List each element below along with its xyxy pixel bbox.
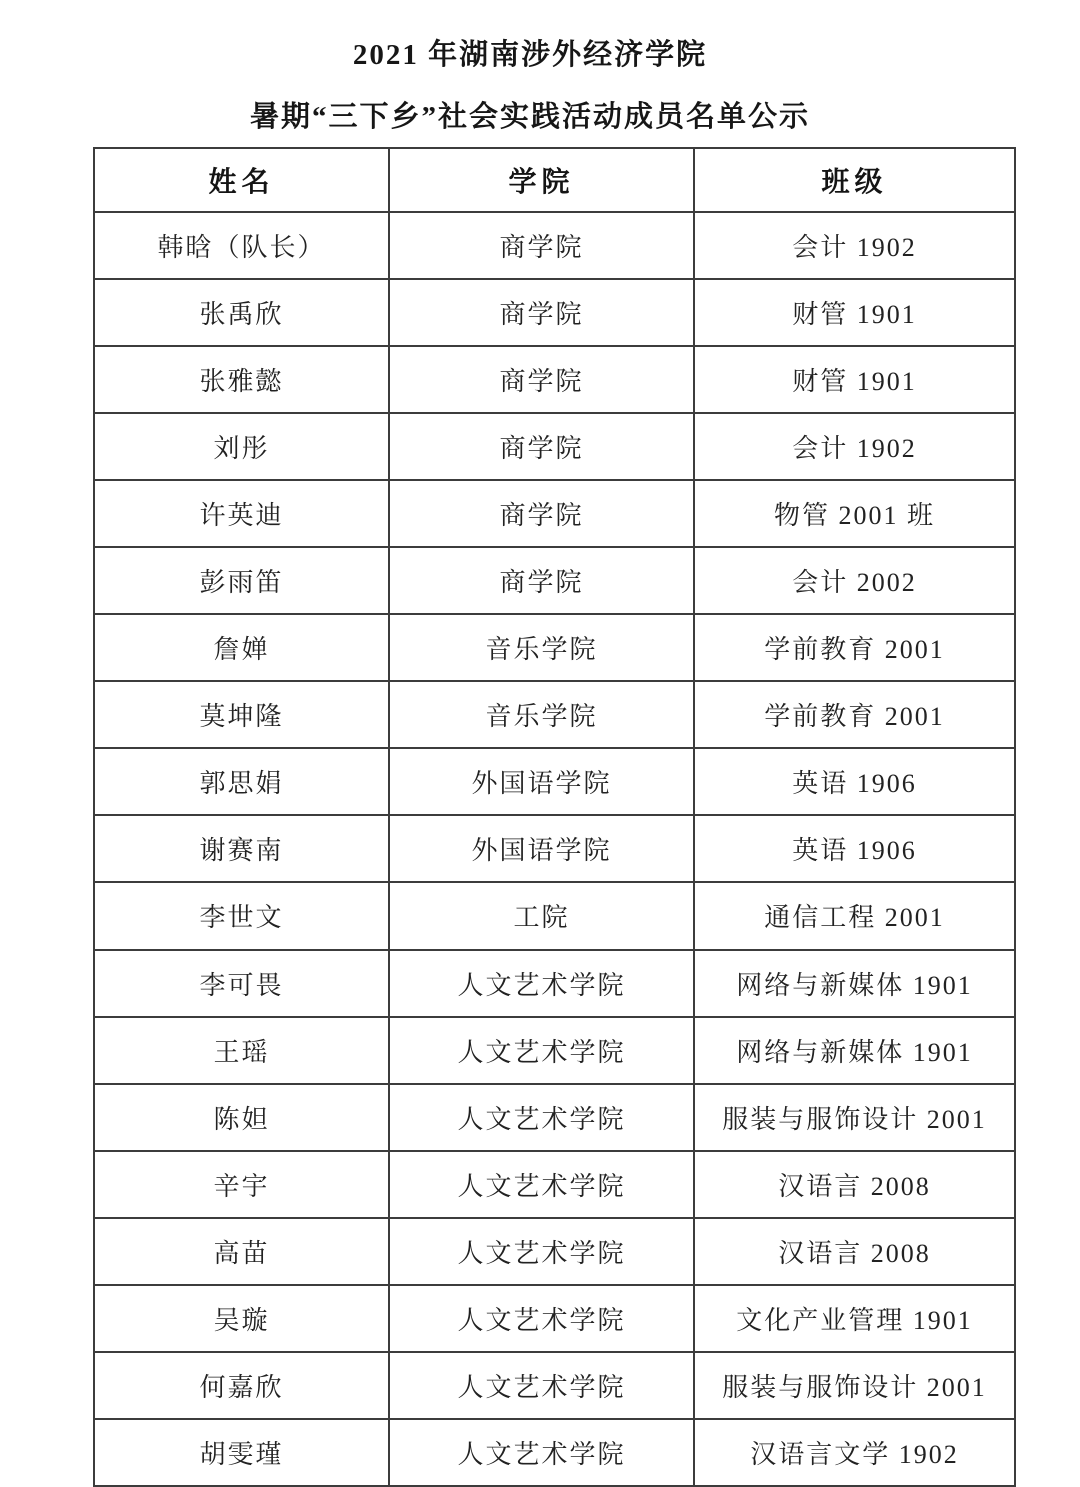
name-cell: 张禹欣 <box>94 279 389 346</box>
class-cell: 服装与服饰设计 2001 <box>694 1352 1015 1419</box>
header-name: 姓名 <box>94 148 389 212</box>
class-cell: 学前教育 2001 <box>694 614 1015 681</box>
table-row: 李世文工院通信工程 2001 <box>94 882 1015 949</box>
name-cell: 吴璇 <box>94 1285 389 1352</box>
name-cell: 彭雨笛 <box>94 547 389 614</box>
member-table-body: 韩晗（队长）商学院会计 1902张禹欣商学院财管 1901张雅懿商学院财管 19… <box>94 212 1015 1486</box>
college-cell: 人文艺术学院 <box>389 1218 694 1285</box>
name-cell: 许英迪 <box>94 480 389 547</box>
name-cell: 高苗 <box>94 1218 389 1285</box>
name-cell: 刘彤 <box>94 413 389 480</box>
class-cell: 英语 1906 <box>694 815 1015 882</box>
class-cell: 网络与新媒体 1901 <box>694 1017 1015 1084</box>
name-cell: 李世文 <box>94 882 389 949</box>
class-cell: 物管 2001 班 <box>694 480 1015 547</box>
table-row: 高苗人文艺术学院汉语言 2008 <box>94 1218 1015 1285</box>
document-title-line2: 暑期“三下乡”社会实践活动成员名单公示 <box>0 94 1060 135</box>
class-cell: 学前教育 2001 <box>694 681 1015 748</box>
class-cell: 英语 1906 <box>694 748 1015 815</box>
class-cell: 财管 1901 <box>694 279 1015 346</box>
table-row: 何嘉欣人文艺术学院服装与服饰设计 2001 <box>94 1352 1015 1419</box>
table-row: 陈妲人文艺术学院服装与服饰设计 2001 <box>94 1084 1015 1151</box>
class-cell: 汉语言 2008 <box>694 1151 1015 1218</box>
class-cell: 会计 2002 <box>694 547 1015 614</box>
table-row: 胡雯瑾人文艺术学院汉语言文学 1902 <box>94 1419 1015 1486</box>
table-row: 郭思娟外国语学院英语 1906 <box>94 748 1015 815</box>
table-row: 辛宇人文艺术学院汉语言 2008 <box>94 1151 1015 1218</box>
name-cell: 胡雯瑾 <box>94 1419 389 1486</box>
college-cell: 商学院 <box>389 547 694 614</box>
member-table: 姓名 学院 班级 韩晗（队长）商学院会计 1902张禹欣商学院财管 1901张雅… <box>93 147 1016 1487</box>
table-row: 韩晗（队长）商学院会计 1902 <box>94 212 1015 279</box>
college-cell: 人文艺术学院 <box>389 1017 694 1084</box>
college-cell: 音乐学院 <box>389 614 694 681</box>
college-cell: 商学院 <box>389 413 694 480</box>
class-cell: 网络与新媒体 1901 <box>694 950 1015 1017</box>
name-cell: 张雅懿 <box>94 346 389 413</box>
name-cell: 郭思娟 <box>94 748 389 815</box>
table-row: 莫坤隆音乐学院学前教育 2001 <box>94 681 1015 748</box>
college-cell: 人文艺术学院 <box>389 1352 694 1419</box>
class-cell: 会计 1902 <box>694 413 1015 480</box>
college-cell: 人文艺术学院 <box>389 1285 694 1352</box>
name-cell: 王瑶 <box>94 1017 389 1084</box>
name-cell: 陈妲 <box>94 1084 389 1151</box>
class-cell: 服装与服饰设计 2001 <box>694 1084 1015 1151</box>
college-cell: 人文艺术学院 <box>389 1151 694 1218</box>
table-row: 张雅懿商学院财管 1901 <box>94 346 1015 413</box>
college-cell: 商学院 <box>389 346 694 413</box>
table-row: 刘彤商学院会计 1902 <box>94 413 1015 480</box>
class-cell: 通信工程 2001 <box>694 882 1015 949</box>
header-college: 学院 <box>389 148 694 212</box>
college-cell: 人文艺术学院 <box>389 950 694 1017</box>
table-row: 王瑶人文艺术学院网络与新媒体 1901 <box>94 1017 1015 1084</box>
name-cell: 詹婵 <box>94 614 389 681</box>
college-cell: 人文艺术学院 <box>389 1419 694 1486</box>
college-cell: 工院 <box>389 882 694 949</box>
class-cell: 汉语言 2008 <box>694 1218 1015 1285</box>
table-row: 李可畏人文艺术学院网络与新媒体 1901 <box>94 950 1015 1017</box>
name-cell: 辛宇 <box>94 1151 389 1218</box>
college-cell: 外国语学院 <box>389 748 694 815</box>
table-row: 彭雨笛商学院会计 2002 <box>94 547 1015 614</box>
header-class: 班级 <box>694 148 1015 212</box>
class-cell: 汉语言文学 1902 <box>694 1419 1015 1486</box>
document-title-line1: 2021 年湖南涉外经济学院 <box>0 32 1060 73</box>
name-cell: 谢赛南 <box>94 815 389 882</box>
college-cell: 外国语学院 <box>389 815 694 882</box>
table-row: 张禹欣商学院财管 1901 <box>94 279 1015 346</box>
class-cell: 文化产业管理 1901 <box>694 1285 1015 1352</box>
name-cell: 莫坤隆 <box>94 681 389 748</box>
table-header-row: 姓名 学院 班级 <box>94 148 1015 212</box>
class-cell: 财管 1901 <box>694 346 1015 413</box>
class-cell: 会计 1902 <box>694 212 1015 279</box>
document-page: 2021 年湖南涉外经济学院 暑期“三下乡”社会实践活动成员名单公示 姓名 学院… <box>0 0 1080 1487</box>
college-cell: 商学院 <box>389 212 694 279</box>
college-cell: 音乐学院 <box>389 681 694 748</box>
table-row: 詹婵音乐学院学前教育 2001 <box>94 614 1015 681</box>
table-row: 许英迪商学院物管 2001 班 <box>94 480 1015 547</box>
table-row: 吴璇人文艺术学院文化产业管理 1901 <box>94 1285 1015 1352</box>
name-cell: 李可畏 <box>94 950 389 1017</box>
name-cell: 韩晗（队长） <box>94 212 389 279</box>
college-cell: 人文艺术学院 <box>389 1084 694 1151</box>
name-cell: 何嘉欣 <box>94 1352 389 1419</box>
table-row: 谢赛南外国语学院英语 1906 <box>94 815 1015 882</box>
college-cell: 商学院 <box>389 480 694 547</box>
college-cell: 商学院 <box>389 279 694 346</box>
